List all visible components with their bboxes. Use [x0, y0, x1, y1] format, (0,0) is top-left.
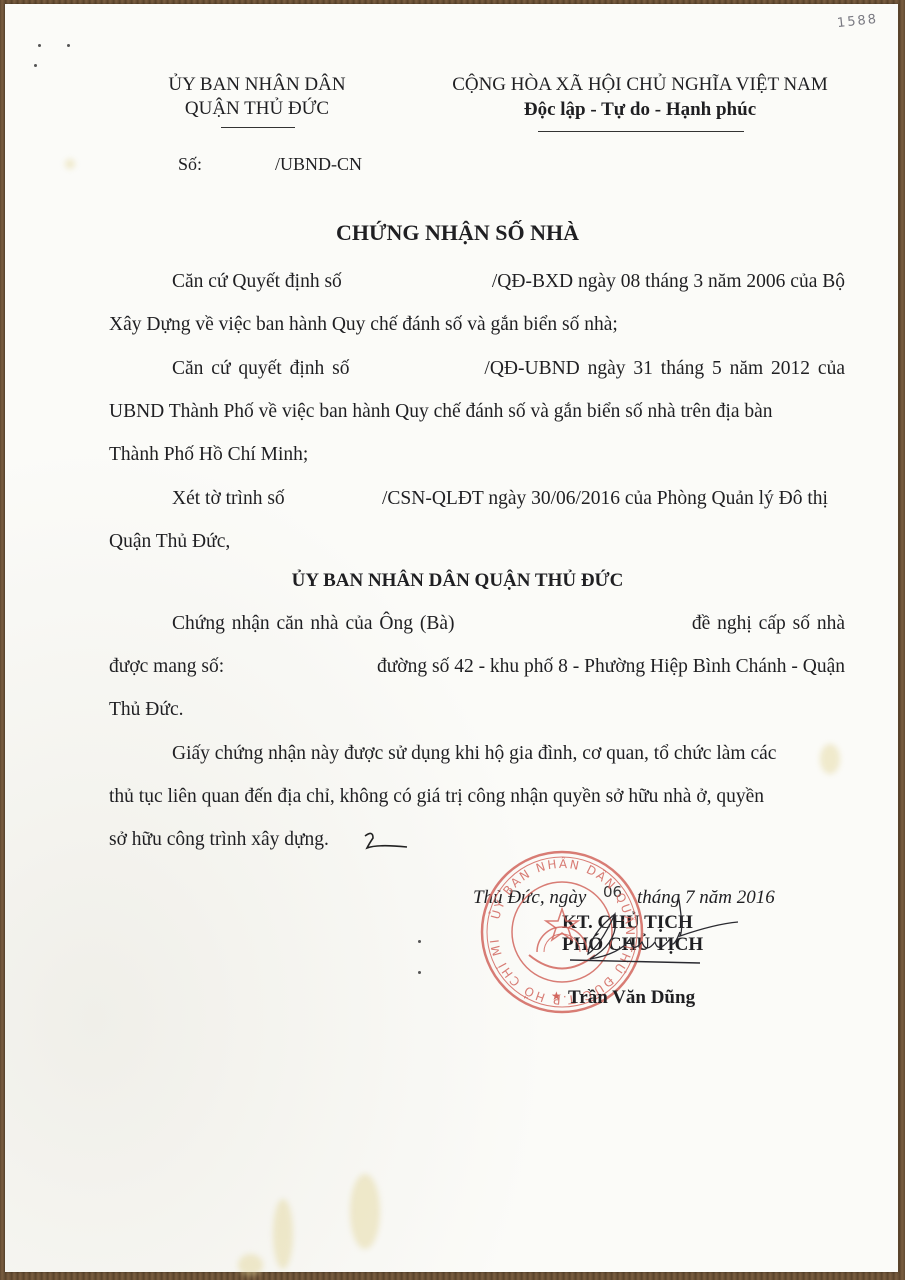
p1-line2: Xây Dựng về việc ban hành Quy chế đánh s…	[109, 315, 618, 335]
p1-lead: Căn cứ Quyết định số	[172, 272, 342, 292]
p3-ref: /CSN-QLĐT ngày 30/06/2016 của Phòng Quản…	[382, 489, 828, 509]
p2-line2: UBND Thành Phố về việc ban hành Quy chế …	[109, 402, 773, 422]
speck	[418, 971, 421, 974]
p2-line3: Thành Phố Hồ Chí Minh;	[109, 445, 308, 465]
cert-address: đường số 42 - khu phố 8 - Phường Hiệp Bì…	[317, 657, 845, 677]
end-mark-icon	[363, 830, 411, 852]
cert-lead: Chứng nhận căn nhà của Ông (Bà)	[172, 614, 455, 634]
speck	[34, 64, 37, 67]
p2-lead: Căn cứ quyết định số	[172, 359, 349, 379]
issuer-rule	[221, 127, 295, 128]
page-mark: 1588	[836, 12, 878, 31]
p3-line2: Quận Thủ Đức,	[109, 532, 230, 552]
stain	[820, 744, 840, 774]
speck	[418, 940, 421, 943]
usage-line3: sở hữu công trình xây dựng.	[109, 830, 329, 850]
p1-ref: /QĐ-BXD ngày 08 tháng 3 năm 2006 của Bộ	[383, 272, 845, 292]
usage-line2: thủ tục liên quan đến địa chỉ, không có …	[109, 787, 764, 807]
usage-line1: Giấy chứng nhận này được sử dụng khi hộ …	[172, 744, 776, 764]
speck	[38, 44, 41, 47]
stain	[350, 1174, 380, 1249]
cert-line3: Thủ Đức.	[109, 700, 183, 720]
authority-heading: ỦY BAN NHÂN DÂN QUẬN THỦ ĐỨC	[5, 570, 905, 592]
national-motto: Độc lập - Tự do - Hạnh phúc	[430, 99, 850, 121]
cert-request: đề nghị cấp số nhà	[605, 614, 845, 634]
signature-icon	[560, 884, 750, 984]
document-title: CHỨNG NHẬN SỐ NHÀ	[5, 220, 905, 246]
motto-rule	[538, 131, 744, 132]
national-title: CỘNG HÒA XÃ HỘI CHỦ NGHĨA VIỆT NAM	[430, 74, 850, 96]
stain	[65, 159, 75, 169]
signer-name: Trần Văn Dũng	[568, 987, 695, 1009]
doc-number-label: Số:	[178, 154, 202, 175]
stain	[238, 1254, 263, 1276]
stain	[273, 1199, 293, 1269]
speck	[67, 44, 70, 47]
doc-number-suffix: /UBND-CN	[275, 154, 362, 175]
issuer-line1: ỦY BAN NHÂN DÂN	[157, 74, 357, 96]
p2-ref: /QĐ-UBND ngày 31 tháng 5 năm 2012 của	[440, 359, 845, 379]
cert-address-label: được mang số:	[109, 657, 224, 677]
document-page: 1588 ỦY BAN NHÂN DÂN QUẬN THỦ ĐỨC CỘNG H…	[5, 4, 898, 1272]
p3-lead: Xét tờ trình số	[172, 489, 285, 509]
issuer-line2: QUẬN THỦ ĐỨC	[157, 98, 357, 120]
stamp-star-icon: ★	[551, 989, 562, 1004]
